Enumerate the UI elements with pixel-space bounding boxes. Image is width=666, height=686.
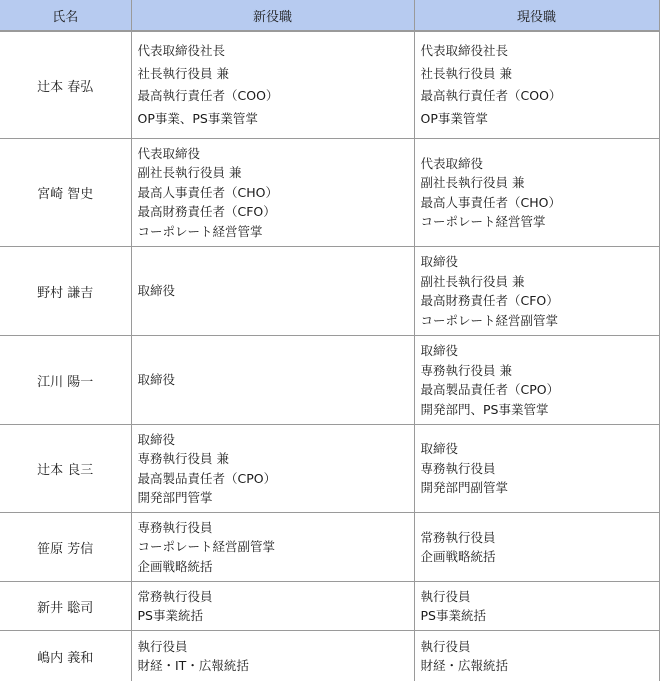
new-role-cell: 執行役員財経・IT・広報統括 bbox=[131, 631, 414, 682]
header-new-role: 新役職 bbox=[131, 0, 414, 31]
new-role-cell: 取締役専務執行役員 兼最高製品責任者（CPO）開発部門管掌 bbox=[131, 425, 414, 513]
role-line: 最高人事責任者（CHO） bbox=[138, 183, 408, 203]
current-role-cell: 代表取締役社長社長執行役員 兼最高執行責任者（COO）OP事業管掌 bbox=[414, 31, 659, 139]
role-line: 代表取締役社長 bbox=[421, 40, 653, 63]
role-line: PS事業統括 bbox=[138, 606, 408, 626]
role-line: 専務執行役員 bbox=[421, 459, 653, 479]
table-row: 辻本 春弘代表取締役社長社長執行役員 兼最高執行責任者（COO）OP事業、PS事… bbox=[0, 31, 659, 139]
role-line: 代表取締役 bbox=[421, 154, 653, 174]
role-line: 社長執行役員 兼 bbox=[421, 63, 653, 86]
role-line: 社長執行役員 兼 bbox=[138, 63, 408, 86]
new-role-cell: 代表取締役副社長執行役員 兼最高人事責任者（CHO）最高財務責任者（CFO）コー… bbox=[131, 139, 414, 247]
person-name: 江川 陽一 bbox=[0, 336, 131, 425]
header-current-role: 現役職 bbox=[414, 0, 659, 31]
role-line: 副社長執行役員 兼 bbox=[421, 272, 653, 292]
role-line: 取締役 bbox=[421, 439, 653, 459]
role-line: 最高執行責任者（COO） bbox=[421, 85, 653, 108]
person-name: 野村 謙吉 bbox=[0, 247, 131, 336]
table-row: 宮崎 智史代表取締役副社長執行役員 兼最高人事責任者（CHO）最高財務責任者（C… bbox=[0, 139, 659, 247]
role-line: 取締役 bbox=[421, 252, 653, 272]
table-row: 新井 聡司常務執行役員PS事業統括執行役員PS事業統括 bbox=[0, 582, 659, 631]
role-line: 開発部門、PS事業管掌 bbox=[421, 400, 653, 420]
role-line: 最高財務責任者（CFO） bbox=[421, 291, 653, 311]
table-row: 野村 謙吉取締役取締役副社長執行役員 兼最高財務責任者（CFO）コーポレート経営… bbox=[0, 247, 659, 336]
role-line: 専務執行役員 bbox=[138, 518, 408, 538]
current-role-cell: 代表取締役副社長執行役員 兼最高人事責任者（CHO）コーポレート経営管掌 bbox=[414, 139, 659, 247]
role-line: 執行役員 bbox=[138, 637, 408, 657]
current-role-cell: 執行役員PS事業統括 bbox=[414, 582, 659, 631]
role-line: OP事業、PS事業管掌 bbox=[138, 108, 408, 131]
current-role-cell: 取締役専務執行役員開発部門副管掌 bbox=[414, 425, 659, 513]
person-name: 嶋内 義和 bbox=[0, 631, 131, 682]
table-row: 江川 陽一取締役取締役専務執行役員 兼最高製品責任者（CPO）開発部門、PS事業… bbox=[0, 336, 659, 425]
role-line: 最高執行責任者（COO） bbox=[138, 85, 408, 108]
new-role-cell: 代表取締役社長社長執行役員 兼最高執行責任者（COO）OP事業、PS事業管掌 bbox=[131, 31, 414, 139]
role-line: 最高製品責任者（CPO） bbox=[138, 469, 408, 489]
role-line: コーポレート経営副管掌 bbox=[421, 311, 653, 331]
role-line: 常務執行役員 bbox=[421, 528, 653, 548]
role-line: 取締役 bbox=[421, 341, 653, 361]
new-role-cell: 専務執行役員コーポレート経営副管掌企画戦略統括 bbox=[131, 513, 414, 582]
current-role-cell: 執行役員財経・広報統括 bbox=[414, 631, 659, 682]
role-line: 執行役員 bbox=[421, 637, 653, 657]
current-role-cell: 取締役副社長執行役員 兼最高財務責任者（CFO）コーポレート経営副管掌 bbox=[414, 247, 659, 336]
role-line: 代表取締役 bbox=[138, 144, 408, 164]
current-role-cell: 常務執行役員企画戦略統括 bbox=[414, 513, 659, 582]
role-line: 企画戦略統括 bbox=[421, 547, 653, 567]
role-line: 企画戦略統括 bbox=[138, 557, 408, 577]
header-name: 氏名 bbox=[0, 0, 131, 31]
role-line: 常務執行役員 bbox=[138, 587, 408, 607]
new-role-cell: 取締役 bbox=[131, 247, 414, 336]
role-line: 最高財務責任者（CFO） bbox=[138, 202, 408, 222]
new-role-cell: 常務執行役員PS事業統括 bbox=[131, 582, 414, 631]
table-row: 嶋内 義和執行役員財経・IT・広報統括執行役員財経・広報統括 bbox=[0, 631, 659, 682]
role-line: 財経・IT・広報統括 bbox=[138, 656, 408, 676]
role-line: コーポレート経営副管掌 bbox=[138, 537, 408, 557]
role-line: コーポレート経営管掌 bbox=[138, 222, 408, 242]
person-name: 辻本 春弘 bbox=[0, 31, 131, 139]
executive-roles-table: 氏名 新役職 現役職 辻本 春弘代表取締役社長社長執行役員 兼最高執行責任者（C… bbox=[0, 0, 660, 681]
role-line: 執行役員 bbox=[421, 587, 653, 607]
table-row: 辻本 良三取締役専務執行役員 兼最高製品責任者（CPO）開発部門管掌取締役専務執… bbox=[0, 425, 659, 513]
role-line: 最高人事責任者（CHO） bbox=[421, 193, 653, 213]
role-line: 開発部門管掌 bbox=[138, 488, 408, 508]
header-row: 氏名 新役職 現役職 bbox=[0, 0, 659, 31]
role-line: 最高製品責任者（CPO） bbox=[421, 380, 653, 400]
role-line: 取締役 bbox=[138, 370, 408, 390]
role-line: コーポレート経営管掌 bbox=[421, 212, 653, 232]
role-line: 専務執行役員 兼 bbox=[138, 449, 408, 469]
new-role-cell: 取締役 bbox=[131, 336, 414, 425]
role-line: 専務執行役員 兼 bbox=[421, 361, 653, 381]
person-name: 新井 聡司 bbox=[0, 582, 131, 631]
current-role-cell: 取締役専務執行役員 兼最高製品責任者（CPO）開発部門、PS事業管掌 bbox=[414, 336, 659, 425]
role-line: 取締役 bbox=[138, 281, 408, 301]
table-row: 笹原 芳信専務執行役員コーポレート経営副管掌企画戦略統括常務執行役員企画戦略統括 bbox=[0, 513, 659, 582]
role-line: 財経・広報統括 bbox=[421, 656, 653, 676]
role-line: 取締役 bbox=[138, 430, 408, 450]
role-line: 代表取締役社長 bbox=[138, 40, 408, 63]
person-name: 辻本 良三 bbox=[0, 425, 131, 513]
role-line: OP事業管掌 bbox=[421, 108, 653, 131]
role-line: 副社長執行役員 兼 bbox=[421, 173, 653, 193]
role-line: PS事業統括 bbox=[421, 606, 653, 626]
role-line: 開発部門副管掌 bbox=[421, 478, 653, 498]
person-name: 笹原 芳信 bbox=[0, 513, 131, 582]
role-line: 副社長執行役員 兼 bbox=[138, 163, 408, 183]
person-name: 宮崎 智史 bbox=[0, 139, 131, 247]
